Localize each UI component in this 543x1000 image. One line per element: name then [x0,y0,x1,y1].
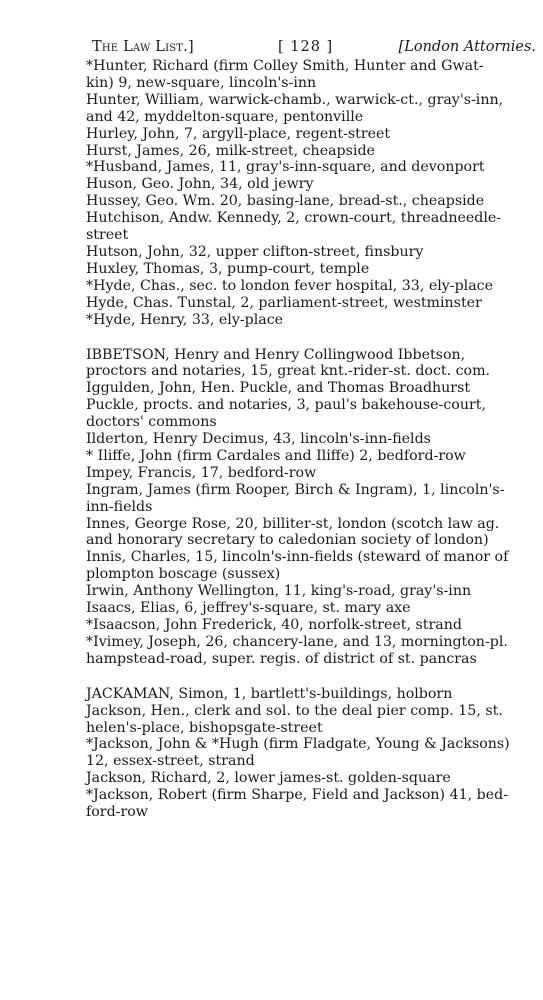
entry-continuation-line: plompton boscage (sussex) [104,566,532,583]
section-j: JACKAMAN, Simon, 1, bartlett's-buildings… [86,686,532,821]
document-page: The Law List.] [ 128 ] [London Attornies… [86,36,532,821]
entry-line: * Iliffe, John (firm Cardales and Iliffe… [86,448,466,464]
entry-line: *Ivimey, Joseph, 26, chancery-lane, and … [86,634,508,650]
page-number: [ 128 ] [278,36,333,58]
entry-line: Hutson, John, 32, upper clifton-street, … [86,244,423,260]
directory-entry: Hussey, Geo. Wm. 20, basing-lane, bread-… [86,193,532,210]
section-divider [86,668,532,686]
entry-line: Innes, George Rose, 20, billiter-st, lon… [86,516,499,532]
entry-line: Ilderton, Henry Decimus, 43, lincoln's-i… [86,431,431,447]
directory-entry: Jackson, Hen., clerk and sol. to the dea… [86,703,532,737]
directory-entry: Huxley, Thomas, 3, pump-court, temple [86,261,532,278]
directory-entry: Hutson, John, 32, upper clifton-street, … [86,244,532,261]
directory-entry: Hurst, James, 26, milk-street, cheapside [86,143,532,160]
directory-entry: Hyde, Chas. Tunstal, 2, parliament-stree… [86,295,532,312]
entry-line: JACKAMAN, Simon, 1, bartlett's-buildings… [86,686,452,702]
entry-line: Jackson, Hen., clerk and sol. to the dea… [86,703,503,719]
entry-continuation-line: street [104,227,532,244]
entry-continuation-line: kin) 9, new-square, lincoln's-inn [104,75,532,92]
directory-entry: Hurley, John, 7, argyll-place, regent-st… [86,126,532,143]
running-head: The Law List.] [ 128 ] [London Attornies… [86,36,532,58]
entry-line: *Jackson, John & *Hugh (firm Fladgate, Y… [86,736,510,752]
entry-line: *Jackson, Robert (firm Sharpe, Field and… [86,787,508,803]
entry-continuation-line: and 42, myddelton-square, pentonville [104,109,532,126]
directory-entry: Innes, George Rose, 20, billiter-st, lon… [86,516,532,550]
directory-entry: * Iliffe, John (firm Cardales and Iliffe… [86,448,532,465]
entry-line: Hunter, William, warwick-chamb., warwick… [86,92,503,108]
entry-line: Huxley, Thomas, 3, pump-court, temple [86,261,369,277]
entry-continuation-line: proctors and notaries, 15, great knt.-ri… [104,363,532,380]
entry-line: Isaacs, Elias, 6, jeffrey's-square, st. … [86,600,411,616]
entry-line: Ingram, James (firm Rooper, Birch & Ingr… [86,482,505,498]
directory-entry: Ingram, James (firm Rooper, Birch & Ingr… [86,482,532,516]
entry-line: Hurley, John, 7, argyll-place, regent-st… [86,126,390,142]
entry-line: *Hyde, Henry, 33, ely-place [86,312,283,328]
directory-entry: Impey, Francis, 17, bedford-row [86,465,532,482]
entry-line: Huson, Geo. John, 34, old jewry [86,176,314,192]
directory-entry: Innis, Charles, 15, lincoln's-inn-fields… [86,549,532,583]
directory-entry: Ilderton, Henry Decimus, 43, lincoln's-i… [86,431,532,448]
entry-line: Hussey, Geo. Wm. 20, basing-lane, bread-… [86,193,484,209]
entry-line: Hyde, Chas. Tunstal, 2, parliament-stree… [86,295,482,311]
entry-continuation-line: Puckle, procts. and notaries, 3, paul's … [104,397,532,414]
directory-entry: *Hyde, Henry, 33, ely-place [86,312,532,329]
directory-entry: *Hunter, Richard (firm Colley Smith, Hun… [86,58,532,92]
entry-line: Jackson, Richard, 2, lower james-st. gol… [86,770,451,786]
directory-entry: Hunter, William, warwick-chamb., warwick… [86,92,532,126]
entry-line: IBBETSON, Henry and Henry Collingwood Ib… [86,347,465,363]
directory-entry: Jackson, Richard, 2, lower james-st. gol… [86,770,532,787]
entry-line: Innis, Charles, 15, lincoln's-inn-fields… [86,549,508,565]
entry-line: *Hyde, Chas., sec. to london fever hospi… [86,278,493,294]
entry-line: *Hunter, Richard (firm Colley Smith, Hun… [86,58,484,74]
entry-continuation-line: doctors' commons [104,414,532,431]
directory-entry: *Jackson, John & *Hugh (firm Fladgate, Y… [86,736,532,770]
directory-entry: *Ivimey, Joseph, 26, chancery-lane, and … [86,634,532,668]
entry-line: Irwin, Anthony Wellington, 11, king's-ro… [86,583,471,599]
entry-continuation-line: ford-row [104,804,532,821]
entry-continuation-line: helen's-place, bishopsgate-street [104,720,532,737]
directory-entries: *Hunter, Richard (firm Colley Smith, Hun… [86,58,532,821]
section-h: *Hunter, Richard (firm Colley Smith, Hun… [86,58,532,329]
entry-continuation-line: and honorary secretary to caledonian soc… [104,532,532,549]
section-divider [86,329,532,347]
directory-entry: *Hyde, Chas., sec. to london fever hospi… [86,278,532,295]
entry-continuation-line: hampstead-road, super. regis. of distric… [104,651,532,668]
entry-line: Hutchison, Andw. Kennedy, 2, crown-court… [86,210,501,226]
entry-line: Impey, Francis, 17, bedford-row [86,465,316,481]
entry-continuation-line: inn-fields [104,499,532,516]
entry-line: *Isaacson, John Frederick, 40, norfolk-s… [86,617,462,633]
directory-entry: Huson, Geo. John, 34, old jewry [86,176,532,193]
section-i: IBBETSON, Henry and Henry Collingwood Ib… [86,347,532,668]
entry-line: *Husband, James, 11, gray's-inn-square, … [86,159,485,175]
entry-line: Iggulden, John, Hen. Puckle, and Thomas … [86,380,470,396]
directory-entry: Hutchison, Andw. Kennedy, 2, crown-court… [86,210,532,244]
directory-entry: *Husband, James, 11, gray's-inn-square, … [86,159,532,176]
directory-entry: Isaacs, Elias, 6, jeffrey's-square, st. … [86,600,532,617]
running-head-section: [London Attornies. [399,36,536,58]
directory-entry: Iggulden, John, Hen. Puckle, and Thomas … [86,380,532,431]
directory-entry: *Isaacson, John Frederick, 40, norfolk-s… [86,617,532,634]
directory-entry: Irwin, Anthony Wellington, 11, king's-ro… [86,583,532,600]
entry-continuation-line: 12, essex-street, strand [104,753,532,770]
directory-entry: IBBETSON, Henry and Henry Collingwood Ib… [86,347,532,381]
directory-entry: JACKAMAN, Simon, 1, bartlett's-buildings… [86,686,532,703]
directory-entry: *Jackson, Robert (firm Sharpe, Field and… [86,787,532,821]
running-head-title: The Law List.] [92,36,194,58]
entry-line: Hurst, James, 26, milk-street, cheapside [86,143,375,159]
